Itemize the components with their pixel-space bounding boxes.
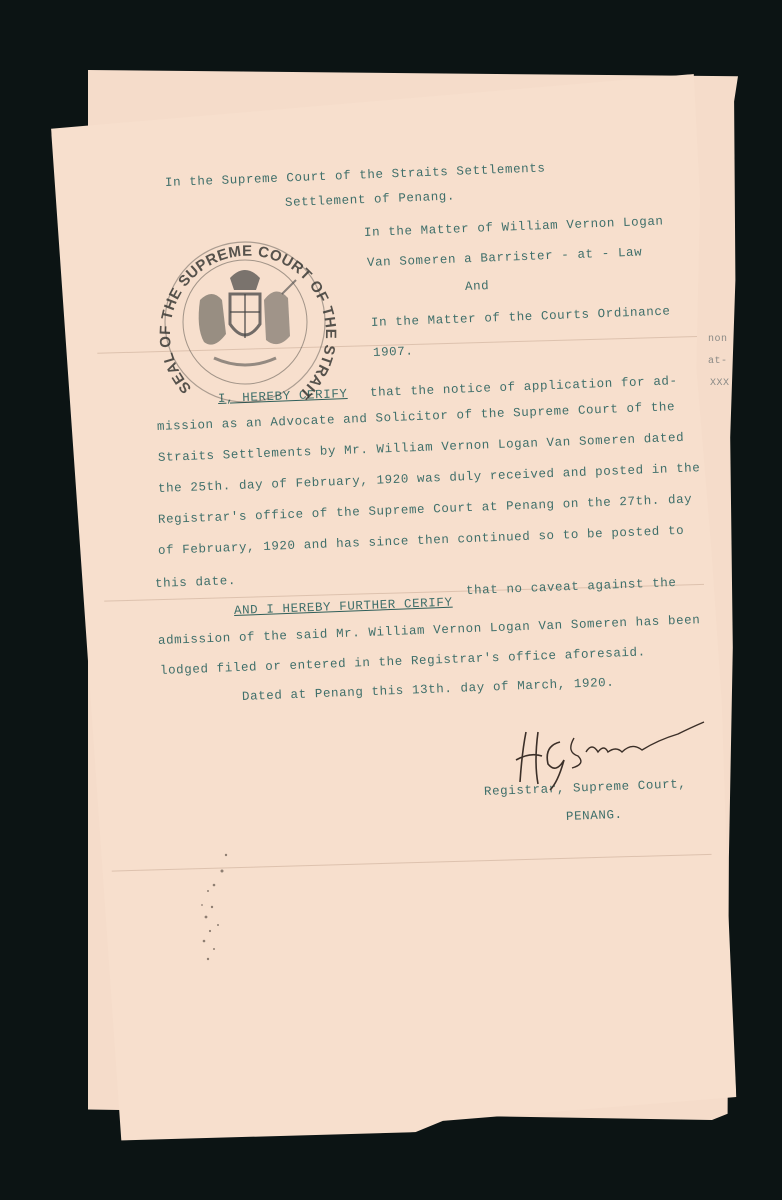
court-seal-stamp: SEAL OF THE SUPREME COURT OF THE STRAITS… (152, 238, 338, 408)
back-sheet-fragment: XXX (710, 378, 730, 389)
ink-speckle-stain (196, 845, 246, 965)
registrar-place: PENANG. (566, 808, 623, 824)
registrar-signature (508, 712, 708, 792)
matter-year: 1907. (373, 344, 414, 360)
back-sheet-fragment: non (708, 334, 728, 345)
back-sheet-fragment: at- (708, 356, 728, 367)
conjunction: And (465, 279, 490, 294)
